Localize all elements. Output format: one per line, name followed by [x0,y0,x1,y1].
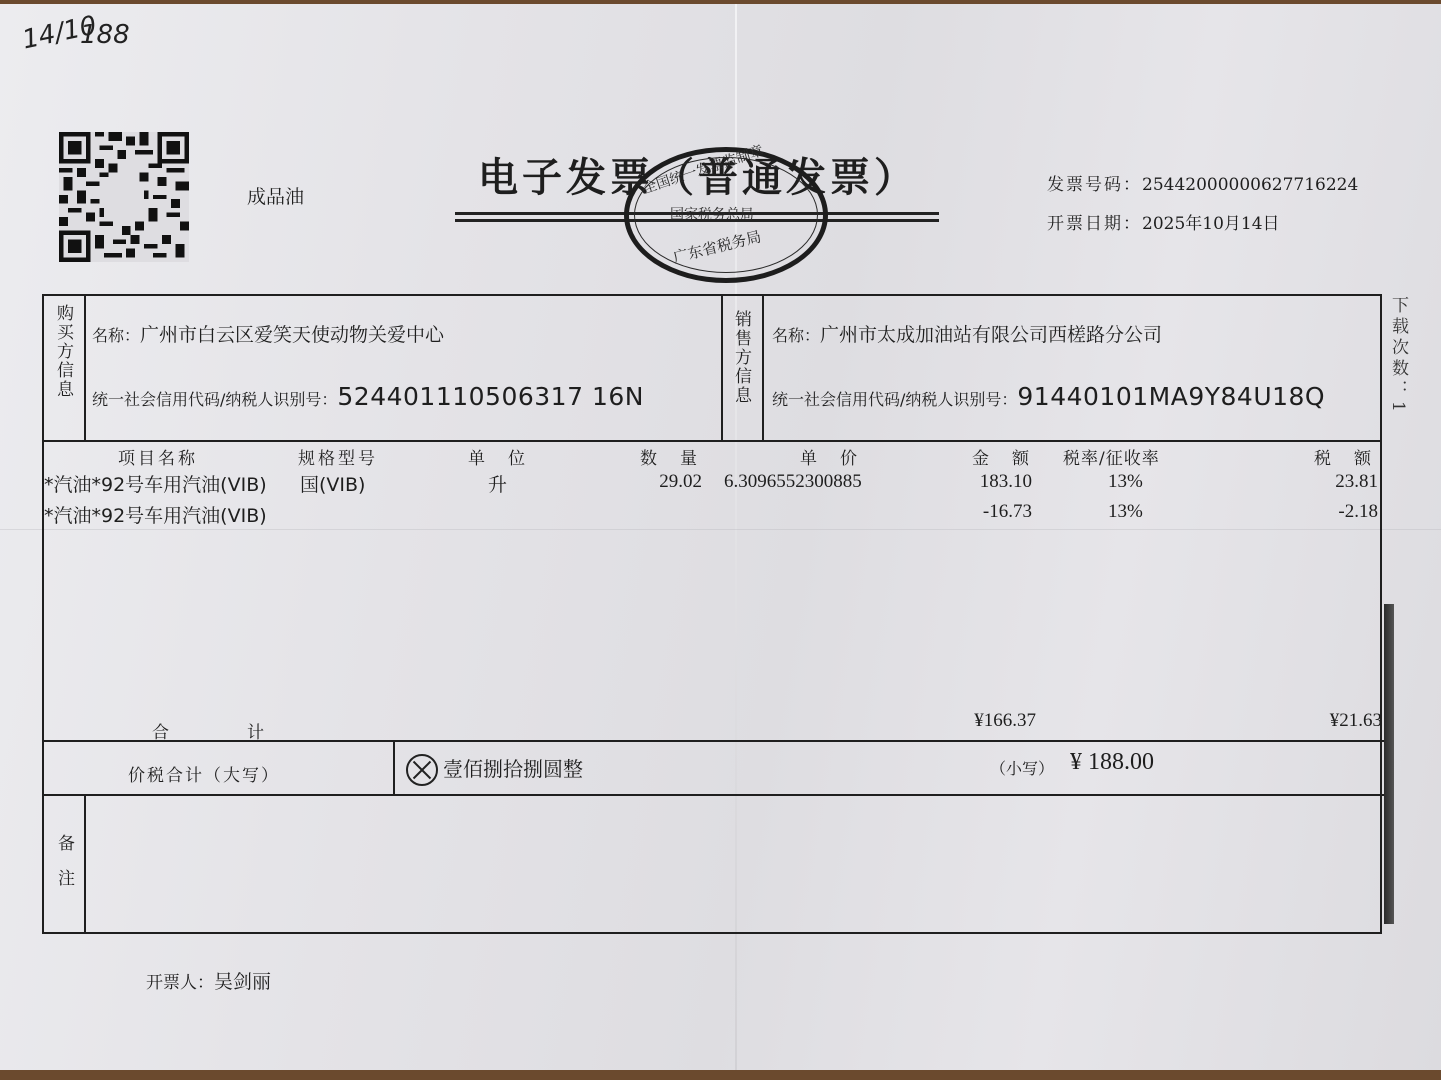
item-tax-rate: 13% [1108,471,1143,493]
buyer-tax-id-row: 统一社会信用代码/纳税人识别号：524401110506317 16N [92,382,644,411]
invoice-paper: 14/10 188 成品油 电子发票（普通发票） 全国统一发票监制章 国家税务总… [0,4,1441,1070]
paper-shadow [1384,604,1394,924]
invoice-category: 成品油 [247,182,304,209]
buyer-name: 广州市白云区爱笑天使动物关爱中心 [140,324,444,346]
item-unit-price: 6.3096552300885 [724,471,862,493]
seller-tax-id-row: 统一社会信用代码/纳税人识别号：91440101MA9Y84U18Q [772,382,1325,411]
issue-date: 2025年10月14日 [1142,214,1280,234]
seller-section-label: 销售方信息 [731,310,751,405]
divider [42,440,1382,442]
buyer-section-label: 购买方信息 [53,304,73,399]
circle-x-icon [406,754,438,786]
handwritten-amount: 188 [80,20,130,50]
buyer-name-label: 名称： [92,326,140,345]
download-count: 下载次数：1 [1386,296,1411,416]
invoice-number-row: 发票号码：25442000000627716224 [1047,170,1358,195]
column-header-quantity: 数 量 [640,444,700,469]
divider [721,294,723,440]
issue-date-label: 开票日期： [1047,214,1142,234]
column-header-unit: 单 位 [468,444,528,469]
issue-date-row: 开票日期：2025年10月14日 [1047,209,1280,234]
item-amount: -16.73 [930,501,1032,523]
item-name: *汽油*92号车用汽油(VIB) [44,501,267,528]
item-unit: 升 [488,470,507,497]
divider [393,740,395,794]
item-amount: 183.10 [930,471,1032,493]
seller-name-label: 名称： [772,326,820,345]
item-tax: 23.81 [1276,471,1378,493]
buyer-tax-id: 524401110506317 16N [337,382,644,411]
item-tax-rate: 13% [1108,501,1143,523]
divider [42,794,1390,796]
divider [762,294,764,440]
remarks-label: 备注 [53,834,75,904]
grand-total-words: 壹佰捌拾捌圆整 [443,753,583,782]
item-quantity: 29.02 [600,471,702,493]
invoice-number: 25442000000627716224 [1142,175,1358,195]
grand-total-amount: ¥ 188.00 [1070,749,1154,776]
seller-tax-id: 91440101MA9Y84U18Q [1017,382,1325,411]
divider [84,294,86,440]
grand-total-label: 价税合计（大写） [128,761,280,786]
qr-code-icon [56,132,192,262]
column-header-amount: 金 额 [972,444,1032,469]
divider [84,794,86,934]
buyer-name-row: 名称：广州市白云区爱笑天使动物关爱中心 [92,320,444,347]
item-spec: 国(VIB) [300,470,365,497]
issuer-row: 开票人：吴剑丽 [146,967,271,994]
issuer-name: 吴剑丽 [214,971,271,993]
column-header-unit-price: 单 价 [800,444,860,469]
subtotal-label: 合 计 [152,718,266,743]
column-header-spec: 规格型号 [298,444,378,469]
grand-total-small-label: （小写） [990,756,1054,779]
invoice-number-label: 发票号码： [1047,175,1142,195]
seal-middle-text: 国家税务总局 [670,204,754,224]
item-name: *汽油*92号车用汽油(VIB) [44,470,267,497]
seller-tax-id-label: 统一社会信用代码/纳税人识别号： [772,390,1017,409]
issuer-label: 开票人： [146,973,214,993]
buyer-tax-id-label: 统一社会信用代码/纳税人识别号： [92,390,337,409]
column-header-tax: 税 额 [1314,444,1374,469]
column-header-item-name: 项目名称 [118,444,198,469]
seller-name-row: 名称：广州市太成加油站有限公司西槎路分公司 [772,320,1162,347]
subtotal-amount: ¥166.37 [900,710,1036,732]
seller-name: 广州市太成加油站有限公司西槎路分公司 [820,324,1162,346]
column-header-tax-rate: 税率/征收率 [1063,444,1160,469]
subtotal-tax: ¥21.63 [1250,710,1382,732]
item-tax: -2.18 [1276,501,1378,523]
